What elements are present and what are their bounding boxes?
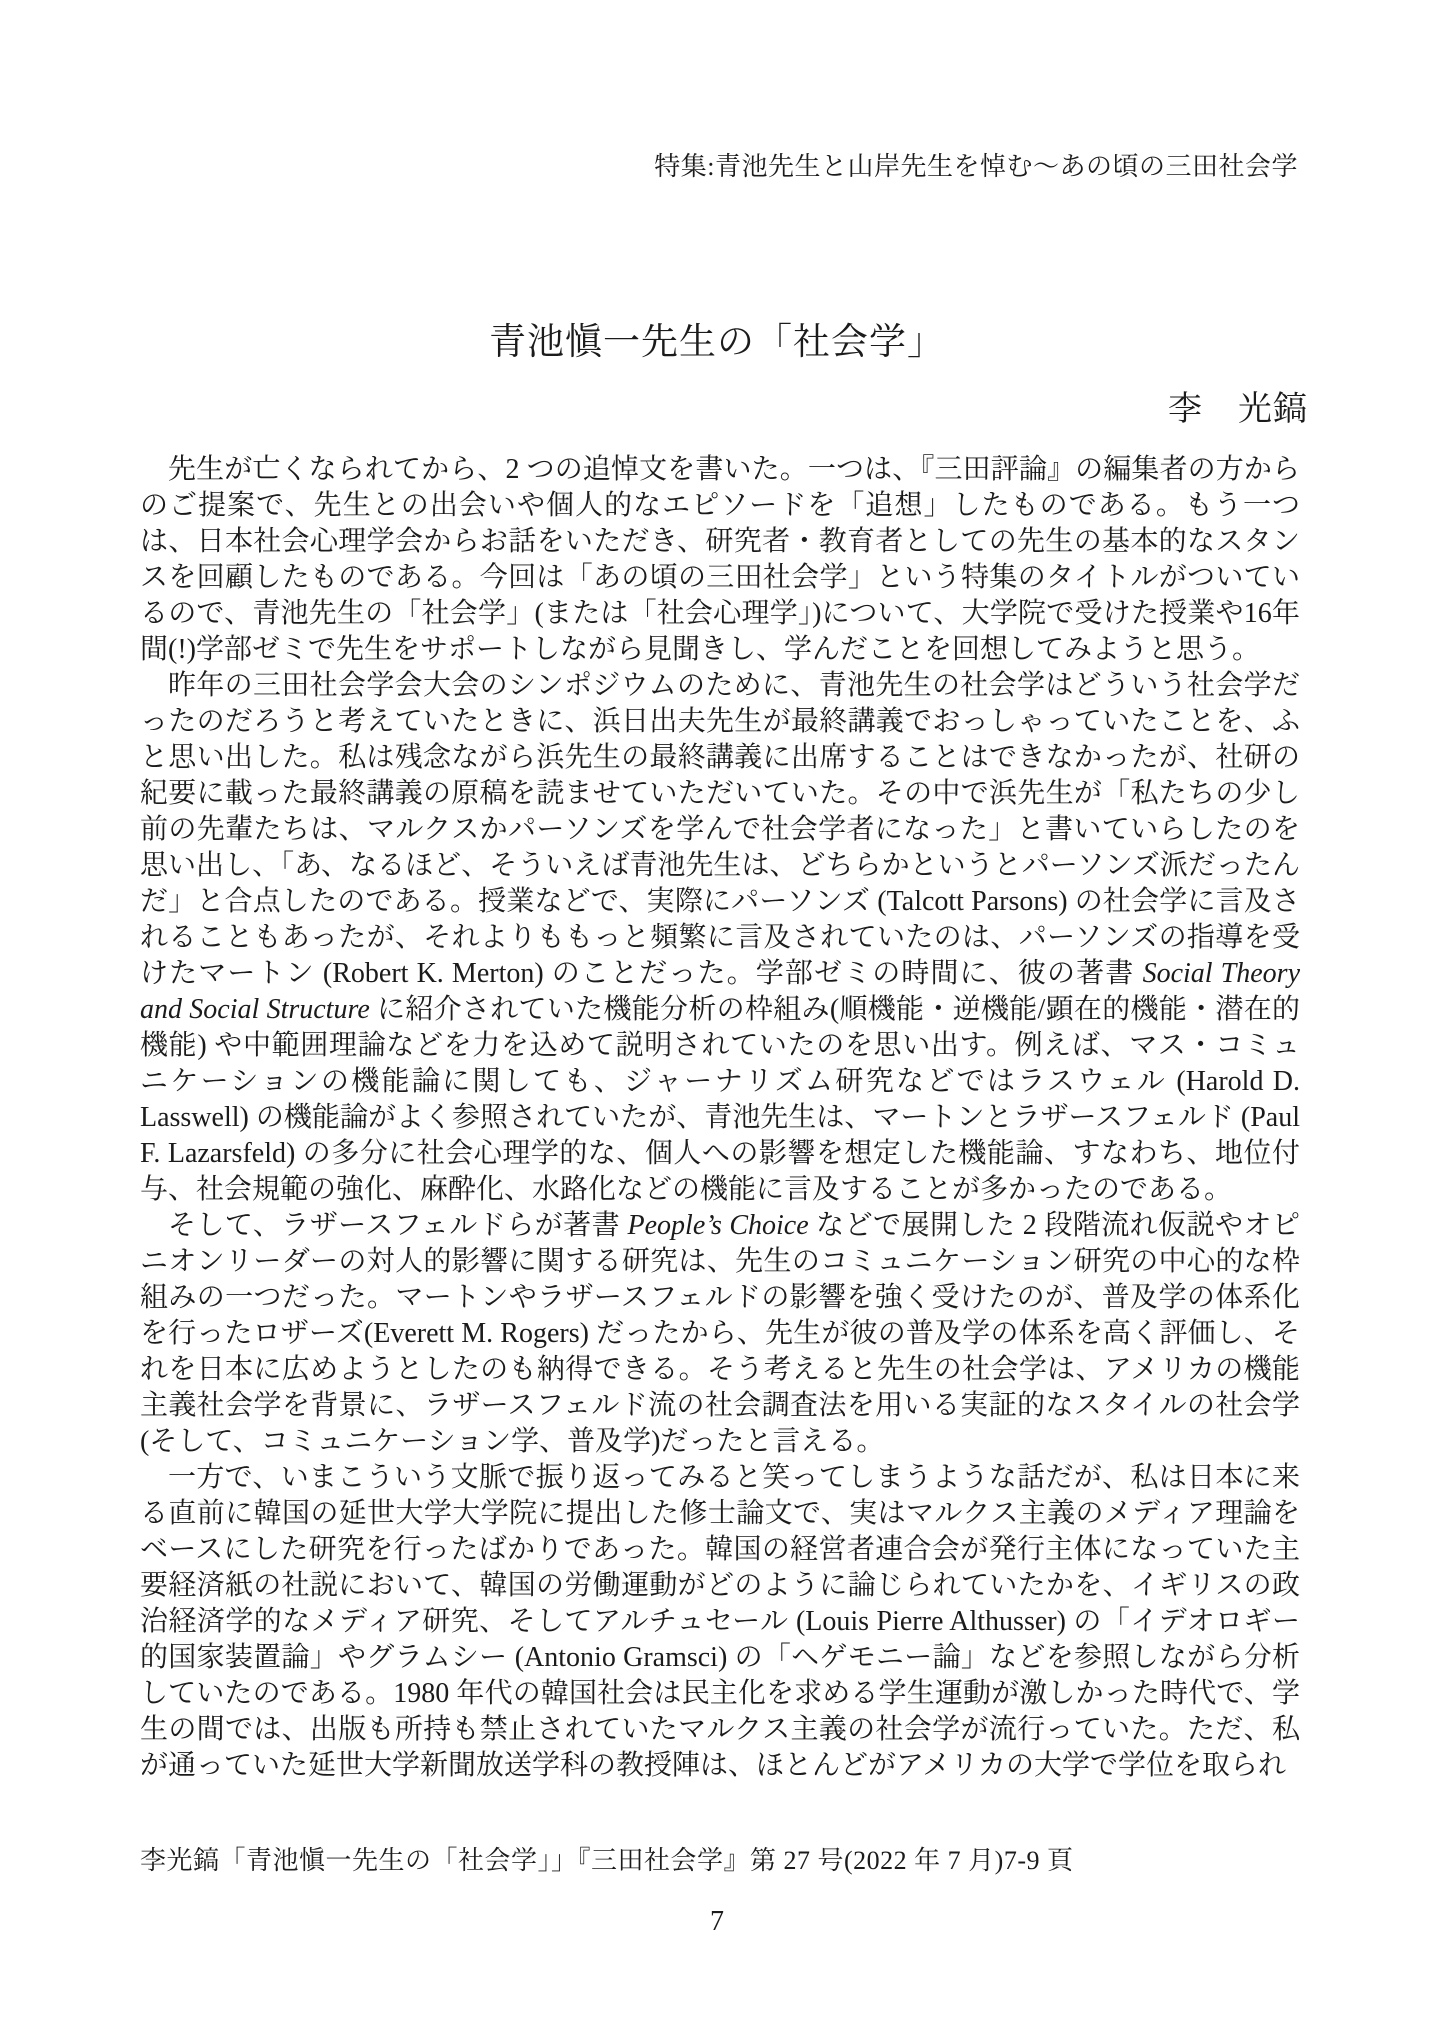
- paragraph: 一方で、いまこういう文脈で振り返ってみると笑ってしまうような話だが、私は日本に来…: [140, 1460, 1300, 1784]
- text-run: に紹介されていた機能分析の枠組み(順機能・逆機能/顕在的機能・潜在的機能) や中…: [140, 994, 1300, 1205]
- text-run: などで展開した 2 段階流れ仮説やオピニオンリーダーの対人的影響に関する研究は、…: [140, 1210, 1300, 1457]
- article-title: 青池愼一先生の「社会学」: [0, 311, 1434, 365]
- italic-text-run: People’s Choice: [628, 1210, 809, 1241]
- text-run: 先生が亡くなられてから、2 つの追悼文を書いた。一つは、『三田評論』の編集者の方…: [140, 454, 1300, 665]
- text-run: 一方で、いまこういう文脈で振り返ってみると笑ってしまうような話だが、私は日本に来…: [140, 1462, 1300, 1781]
- paragraph: 先生が亡くなられてから、2 つの追悼文を書いた。一つは、『三田評論』の編集者の方…: [140, 452, 1300, 668]
- text-run: 昨年の三田社会学会大会のシンポジウムのために、青池先生の社会学はどういう社会学だ…: [140, 670, 1300, 989]
- text-run: そして、ラザースフェルドらが著書: [168, 1210, 628, 1241]
- page-number: 7: [0, 1906, 1434, 1938]
- citation-footer: 李光鎬「青池愼一先生の「社会学」」『三田社会学』第 27 号(2022 年 7 …: [140, 1840, 1300, 1877]
- article-body: 先生が亡くなられてから、2 つの追悼文を書いた。一つは、『三田評論』の編集者の方…: [140, 452, 1300, 1784]
- special-issue-header: 特集:青池先生と山岸先生を悼む〜あの頃の三田社会学: [140, 146, 1298, 183]
- paragraph: 昨年の三田社会学会大会のシンポジウムのために、青池先生の社会学はどういう社会学だ…: [140, 668, 1300, 1208]
- document-page: 特集:青池先生と山岸先生を悼む〜あの頃の三田社会学 青池愼一先生の「社会学」 李…: [0, 0, 1434, 2024]
- paragraph: そして、ラザースフェルドらが著書 People’s Choice などで展開した…: [140, 1208, 1300, 1460]
- author-name: 李 光鎬: [140, 381, 1308, 430]
